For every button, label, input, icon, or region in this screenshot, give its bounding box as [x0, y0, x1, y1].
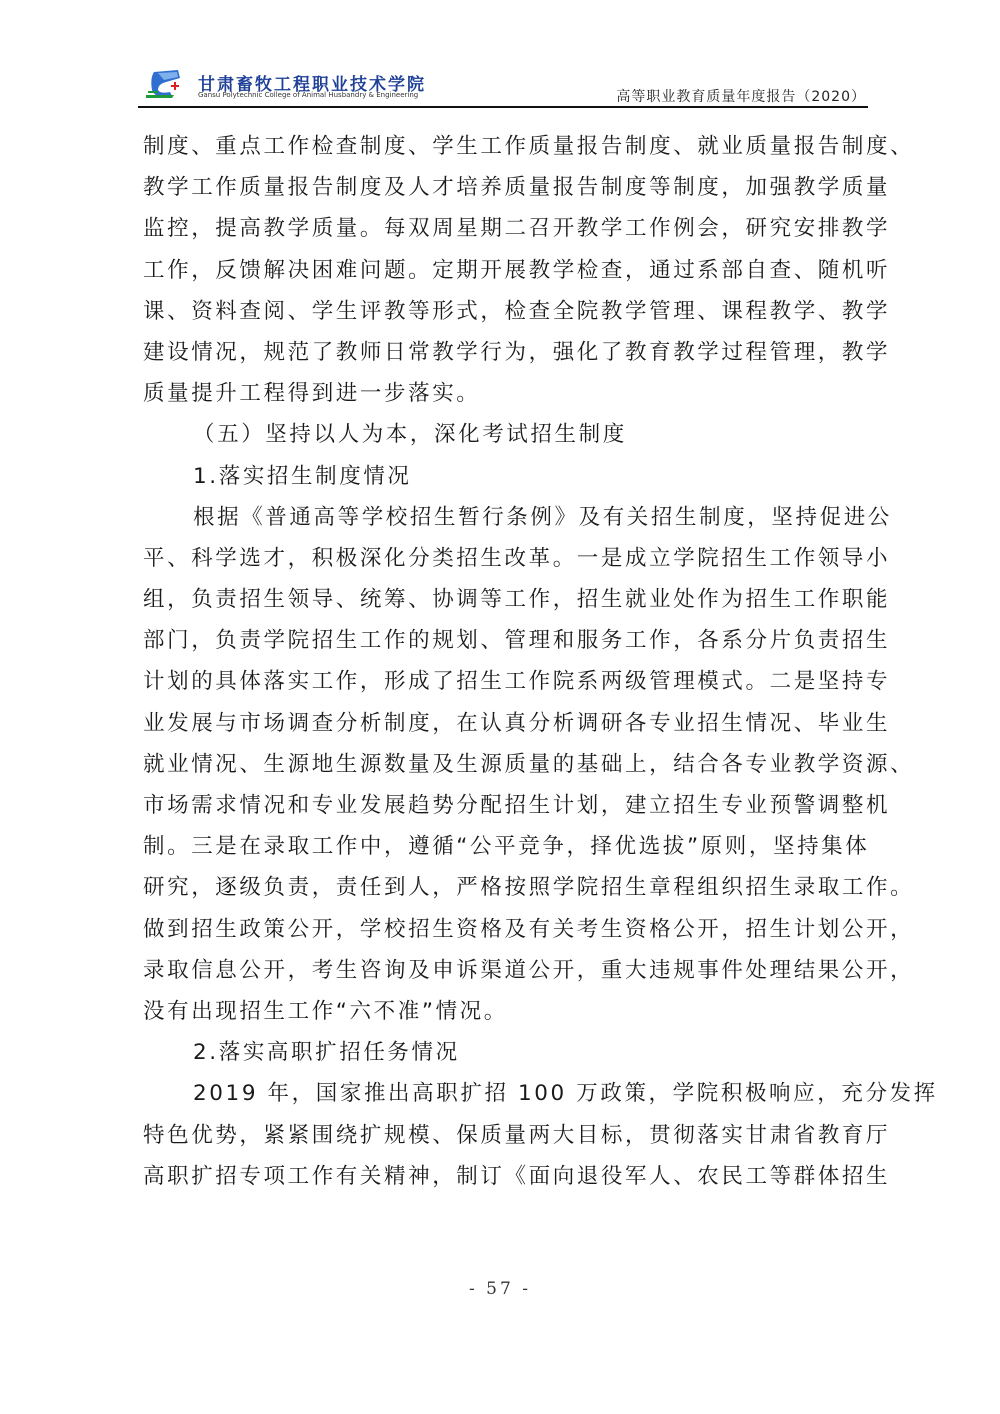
- body-line: 就业情况、生源地生源数量及生源质量的基础上，结合各专业教学资源、: [143, 744, 867, 785]
- header-divider: [138, 106, 868, 108]
- body-line: 没有出现招生工作“六不准”情况。: [143, 991, 867, 1032]
- page-number: - 57 -: [0, 1279, 1000, 1299]
- body-line: 录取信息公开，考生咨询及申诉渠道公开，重大违规事件处理结果公开，: [143, 950, 867, 991]
- page-header: 甘肃畜牧工程职业技术学院 Gansu Polytechnic College o…: [138, 62, 868, 108]
- body-line: 组，负责招生领导、统筹、协调等工作，招生就业处作为招生工作职能: [143, 579, 867, 620]
- body-line: 制度、重点工作检查制度、学生工作质量报告制度、就业质量报告制度、: [143, 126, 867, 167]
- body-line: 监控，提高教学质量。每双周星期二召开教学工作例会，研究安排教学: [143, 208, 867, 249]
- body-line: 部门，负责学院招生工作的规划、管理和服务工作，各系分片负责招生: [143, 620, 867, 661]
- body-line: 平、科学选才，积极深化分类招生改革。一是成立学院招生工作领导小: [143, 538, 867, 579]
- body-line: 制。三是在录取工作中，遵循“公平竞争，择优选拔”原则，坚持集体: [143, 826, 867, 867]
- body-line: 计划的具体落实工作，形成了招生工作院系两级管理模式。二是坚持专: [143, 661, 867, 702]
- body-line: 工作，反馈解决困难问题。定期开展教学检查，通过系部自查、随机听: [143, 250, 867, 291]
- body-line: 研究，逐级负责，责任到人，严格按照学院招生章程组织招生录取工作。: [143, 867, 867, 908]
- body-line: 质量提升工程得到进一步落实。: [143, 373, 867, 414]
- subsection-heading: 1.落实招生制度情况: [143, 456, 867, 497]
- body-line: 市场需求情况和专业发展趋势分配招生计划，建立招生专业预警调整机: [143, 785, 867, 826]
- body-line: 课、资料查阅、学生评教等形式，检查全院教学管理、课程教学、教学: [143, 291, 867, 332]
- body-line: 高职扩招专项工作有关精神，制订《面向退役军人、农民工等群体招生: [143, 1156, 867, 1197]
- school-name-en: Gansu Polytechnic College of Animal Husb…: [198, 91, 418, 99]
- body-line: 业发展与市场调查分析制度，在认真分析调研各专业招生情况、毕业生: [143, 703, 867, 744]
- body-line: 建设情况，规范了教师日常教学行为，强化了教育教学过程管理，教学: [143, 332, 867, 373]
- body-line: 特色优势，紧紧围绕扩规模、保质量两大目标，贯彻落实甘肃省教育厅: [143, 1115, 867, 1156]
- subsection-heading: 2.落实高职扩招任务情况: [143, 1032, 867, 1073]
- report-title: 高等职业教育质量年度报告（2020）: [616, 86, 866, 106]
- paragraph-start: 根据《普通高等学校招生暂行条例》及有关招生制度，坚持促进公: [143, 497, 867, 538]
- paragraph-start: 2019 年，国家推出高职扩招 100 万政策，学院积极响应，充分发挥: [143, 1073, 867, 1114]
- body-line: 做到招生政策公开，学校招生资格及有关考生资格公开，招生计划公开，: [143, 909, 867, 950]
- college-logo-icon: [144, 68, 188, 102]
- section-heading: （五）坚持以人为本，深化考试招生制度: [143, 414, 867, 455]
- document-body: 制度、重点工作检查制度、学生工作质量报告制度、就业质量报告制度、 教学工作质量报…: [143, 126, 867, 1197]
- body-line: 教学工作质量报告制度及人才培养质量报告制度等制度，加强教学质量: [143, 167, 867, 208]
